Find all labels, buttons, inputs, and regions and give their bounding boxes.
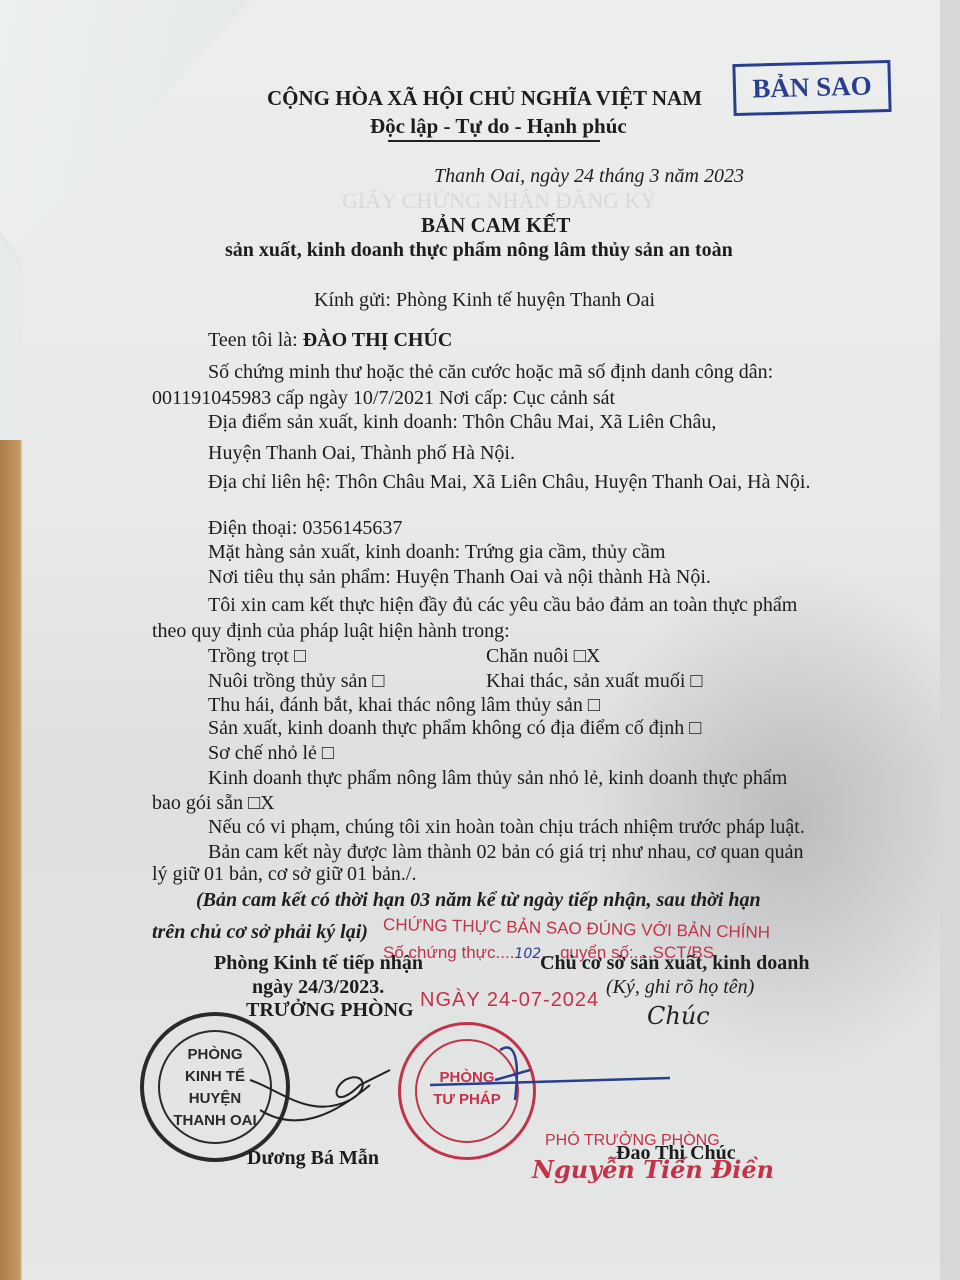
copies-line-1: Bản cam kết này được làm thành 02 bản có… <box>208 842 803 862</box>
left-signer-name: Dương Bá Mẫn <box>247 1148 379 1168</box>
products: Mặt hàng sản xuất, kinh doanh: Trứng gia… <box>208 542 665 562</box>
nation-heading: CỘNG HÒA XÃ HỘI CHỦ NGHĨA VIỆT NAM <box>267 88 702 109</box>
right-handwritten-signature: Chúc <box>647 1004 710 1028</box>
id-line-1: Số chứng minh thư hoặc thẻ căn cước hoặc… <box>208 362 773 382</box>
name-value: ĐÀO THỊ CHÚC <box>303 329 453 351</box>
certifier-signature <box>420 1040 680 1120</box>
commit-line-2: theo quy định của pháp luật hiện hành tr… <box>152 621 510 641</box>
location-line-2: Huyện Thanh Oai, Thành phố Hà Nội. <box>208 443 515 463</box>
motto: Độc lập - Tự do - Hạnh phúc <box>370 116 627 137</box>
checklist-item: Trồng trọt □ <box>208 646 306 666</box>
place-date: Thanh Oai, ngày 24 tháng 3 năm 2023 <box>434 166 744 186</box>
checklist-item: Sơ chế nhỏ lẻ □ <box>208 743 334 763</box>
left-sign-title: TRƯỞNG PHÒNG <box>246 1000 414 1020</box>
copy-stamp: BẢN SAO <box>732 60 891 116</box>
cert-number-handwritten: 102 <box>514 946 541 962</box>
name-label: Teen tôi là: <box>208 329 303 351</box>
validity-line-1: (Bản cam kết có thời hạn 03 năm kể từ ng… <box>196 890 761 910</box>
checklist-item: Kinh doanh thực phẩm nông lâm thủy sản n… <box>208 768 787 788</box>
market: Nơi tiêu thụ sản phẩm: Huyện Thanh Oai v… <box>208 567 711 587</box>
bleed-through-text: GIẤY CHỨNG NHẬN ĐĂNG KÝ <box>342 188 656 214</box>
violation-clause: Nếu có vi phạm, chúng tôi xin hoàn toàn … <box>208 817 805 837</box>
validity-line-2: trên chủ cơ sở phải ký lại) <box>152 922 368 942</box>
checklist-item: Sản xuất, kinh doanh thực phẩm không có … <box>208 718 701 738</box>
id-line-2: 001191045983 cấp ngày 10/7/2021 Nơi cấp:… <box>152 388 615 408</box>
document-title: BẢN CAM KẾT <box>421 215 570 236</box>
checklist-item: Chăn nuôi □X <box>486 646 600 666</box>
recipient: Kính gửi: Phòng Kinh tế huyện Thanh Oai <box>314 290 655 310</box>
checklist-item: Nuôi trồng thủy sản □ <box>208 671 385 691</box>
certifier-name: Nguyễn Tiến Điền <box>532 1158 774 1182</box>
checklist-item: Khai thác, sản xuất muối □ <box>486 671 702 691</box>
checklist-item: bao gói sẵn □X <box>152 793 275 813</box>
location-line-1: Địa điểm sản xuất, kinh doanh: Thôn Châu… <box>208 412 716 432</box>
checklist-item: Thu hái, đánh bắt, khai thác nông lâm th… <box>208 695 600 715</box>
phone: Điện thoại: 0356145637 <box>208 518 402 538</box>
left-sign-line-2: ngày 24/3/2023. <box>252 977 384 997</box>
document-subtitle: sản xuất, kinh doanh thực phẩm nông lâm … <box>225 240 733 260</box>
motto-underline <box>388 140 600 142</box>
right-sign-line-1: Chủ cơ sở sản xuất, kinh doanh <box>540 953 809 973</box>
left-signature <box>240 1040 400 1130</box>
name-line: Teen tôi là: ĐÀO THỊ CHÚC <box>208 330 452 350</box>
right-sign-line-2: (Ký, ghi rõ họ tên) <box>606 977 754 997</box>
contact-address: Địa chỉ liên hệ: Thôn Châu Mai, Xã Liên … <box>208 472 810 492</box>
certification-date: NGÀY 24-07-2024 <box>420 990 599 1010</box>
left-sign-line-1: Phòng Kinh tế tiếp nhận <box>214 953 423 973</box>
commit-line-1: Tôi xin cam kết thực hiện đầy đủ các yêu… <box>208 595 797 615</box>
copies-line-2: lý giữ 01 bản, cơ sở giữ 01 bản./. <box>152 864 416 884</box>
